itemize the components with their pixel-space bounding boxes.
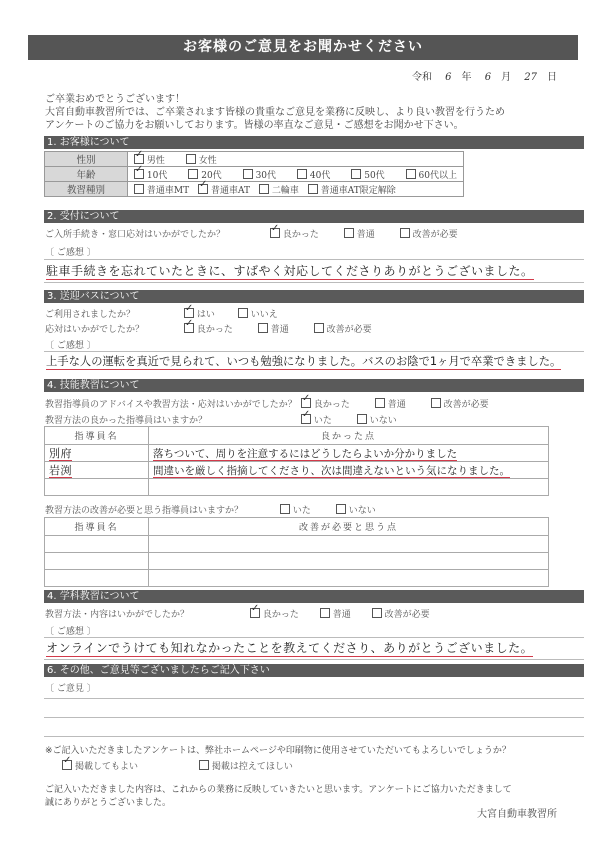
consent-allow-option[interactable]: 掲載してもよい — [62, 759, 138, 772]
table-row — [45, 479, 549, 496]
good-instructor-row: 教習方法の良かった指導員はいますか？ いた いない — [45, 413, 415, 426]
section-5-header: 4. 学科教習について — [44, 590, 584, 603]
instructor-name-empty[interactable] — [45, 553, 149, 570]
date-day[interactable]: 27 — [524, 72, 537, 83]
lecture-normal-option[interactable]: 普通 — [320, 607, 351, 620]
good-instructor-no-option[interactable]: いない — [357, 413, 397, 426]
checkbox-checked-icon[interactable] — [301, 398, 311, 408]
gender-label: 性別 — [45, 152, 128, 167]
section-6-header: 6. その他、ご意見等ございましたらご記入下さい — [44, 664, 584, 677]
checkbox-icon[interactable] — [336, 504, 346, 514]
age-60plus-option[interactable]: 60代以上 — [406, 168, 457, 181]
reception-good-option[interactable]: 良かった — [270, 227, 319, 240]
instructor-name[interactable]: 岩渕 — [49, 464, 72, 478]
divider — [44, 282, 584, 283]
good-point[interactable]: 落ちついて、周りを注意するにはどうしたらよいか分かりました — [153, 448, 457, 461]
intro-line: ご卒業おめでとうございます！ — [45, 93, 505, 106]
other-comment-line[interactable] — [44, 736, 584, 737]
reception-question: ご入所手続き・窓口応対はいかがでしたか？ — [45, 227, 267, 240]
consent-options: 掲載してもよい 掲載は控えてほしい — [62, 759, 311, 772]
advice-needs-improvement-option[interactable]: 改善が必要 — [431, 397, 489, 410]
instructor-advice-row: 教習指導員のアドバイスや教習方法・応対はいかがでしたか？ 良かった 普通 改善が… — [45, 397, 507, 410]
section-3-header: 3. 送迎バスについて — [44, 290, 584, 303]
other-comment-line[interactable] — [44, 698, 584, 699]
checkbox-icon[interactable] — [243, 169, 253, 179]
section-1-header: 1. お客様について — [44, 136, 584, 149]
divider — [44, 259, 584, 260]
divider — [44, 637, 584, 638]
bus-good-option[interactable]: 良かった — [184, 322, 233, 335]
bus-used-no-option[interactable]: いいえ — [238, 307, 278, 320]
checkbox-checked-icon[interactable] — [301, 414, 311, 424]
checkbox-icon[interactable] — [400, 228, 410, 238]
other-comment-line[interactable] — [44, 717, 584, 718]
age-40s-option[interactable]: 40代 — [297, 168, 330, 181]
age-30s-option[interactable]: 30代 — [243, 168, 276, 181]
instructor-name-empty[interactable] — [45, 570, 149, 587]
reception-comment-label: 〔 ご感想 〕 — [45, 245, 96, 258]
checkbox-icon[interactable] — [280, 504, 290, 514]
divider — [44, 351, 584, 352]
checkbox-icon[interactable] — [238, 308, 248, 318]
table-row — [45, 553, 549, 570]
age-50s-option[interactable]: 50代 — [351, 168, 384, 181]
reception-question-row: ご入所手続き・窓口応対はいかがでしたか？ 良かった 普通 改善が必要 — [45, 227, 476, 240]
thanks-line: ご記入いただきました内容は、これからの業務に反映していきたいと思います。アンケー… — [45, 784, 512, 797]
improvement-point-empty[interactable] — [149, 570, 549, 587]
improve-instructor-table: 指導員名 改善が必要と思う点 — [44, 517, 549, 587]
good-point[interactable]: 間違いを厳しく指摘してくださり、次は間違えないという気になりました。 — [153, 465, 510, 478]
checkbox-icon[interactable] — [344, 228, 354, 238]
instructor-name-empty[interactable] — [45, 479, 149, 496]
thanks-line: 誠にありがとうございました。 — [45, 797, 512, 810]
date-month-unit: 月 — [501, 72, 511, 83]
checkbox-icon[interactable] — [188, 169, 198, 179]
column-header-improvement-points: 改善が必要と思う点 — [149, 518, 549, 536]
table-row — [45, 536, 549, 553]
column-header-instructor: 指導員名 — [45, 427, 149, 445]
date-day-unit: 日 — [547, 72, 557, 83]
checkbox-checked-icon[interactable] — [184, 308, 194, 318]
checkbox-icon[interactable] — [357, 414, 367, 424]
checkbox-icon[interactable] — [199, 760, 209, 770]
good-point-empty[interactable] — [149, 479, 549, 496]
intro-line: 大宮自動車教習所では、ご卒業されます皆様の貴重なご意見を業務に反映し、より良い教… — [45, 106, 505, 119]
date: 令和 6年 6月 27日 — [412, 68, 557, 83]
instructor-name[interactable]: 別府 — [49, 447, 72, 461]
improve-instructor-no-option[interactable]: いない — [336, 503, 376, 516]
checkbox-checked-icon[interactable] — [134, 154, 144, 164]
lecture-question: 教習方法・内容はいかがでしたか？ — [45, 607, 247, 620]
advice-normal-option[interactable]: 普通 — [375, 397, 406, 410]
checkbox-icon[interactable] — [314, 323, 324, 333]
checkbox-checked-icon[interactable] — [198, 184, 208, 194]
good-instructor-yes-option[interactable]: いた — [301, 413, 332, 426]
date-era: 令和 — [412, 72, 432, 83]
section-4-header: 4. 技能教習について — [44, 379, 584, 392]
section-2-header: 2. 受付について — [44, 210, 584, 223]
date-month[interactable]: 6 — [485, 72, 491, 83]
course-type-row: 教習種別 普通車MT 普通車AT 二輪車 普通車AT限定解除 — [45, 182, 464, 197]
improvement-point-empty[interactable] — [149, 536, 549, 553]
checkbox-icon[interactable] — [375, 398, 385, 408]
signature: 大宮自動車教習所 — [477, 808, 557, 821]
thanks-text: ご記入いただきました内容は、これからの業務に反映していきたいと思います。アンケー… — [45, 784, 512, 810]
good-instructor-table: 指導員名 良かった点 別府 落ちついて、周りを注意するにはどうしたらよいか分かり… — [44, 426, 549, 496]
table-row: 別府 落ちついて、周りを注意するにはどうしたらよいか分かりました — [45, 445, 549, 462]
lecture-comment[interactable]: オンラインでうけても知れなかったことを教えてくださり、ありがとうございました。 — [46, 639, 533, 657]
reception-needs-improvement-option[interactable]: 改善が必要 — [400, 227, 458, 240]
divider — [44, 659, 584, 660]
bus-used-row: ご利用されましたか？ はい いいえ — [45, 307, 296, 320]
column-header-good-points: 良かった点 — [149, 427, 549, 445]
date-year[interactable]: 6 — [445, 72, 451, 83]
bus-used-question: ご利用されましたか？ — [45, 307, 181, 320]
checkbox-icon[interactable] — [351, 169, 361, 179]
bus-normal-option[interactable]: 普通 — [258, 322, 289, 335]
improvement-point-empty[interactable] — [149, 553, 549, 570]
course-type-label: 教習種別 — [45, 182, 128, 197]
checkbox-icon[interactable] — [308, 184, 318, 194]
good-instructor-question: 教習方法の良かった指導員はいますか？ — [45, 413, 298, 426]
intro-line: アンケートのご協力をお願いしております。皆様の率直なご意見・ご感想をお聞かせ下さ… — [45, 119, 505, 132]
bus-comment[interactable]: 上手な人の運転を真近で見られて、いつも勉強になりました。バスのお陰で1ヶ月で卒業… — [46, 353, 561, 370]
checkbox-icon[interactable] — [186, 154, 196, 164]
customer-info-table: 性別 男性 女性 年齢 10代 20代 30代 40代 50代 60代以上 教習… — [44, 151, 464, 197]
checkbox-checked-icon[interactable] — [134, 169, 144, 179]
instructor-advice-question: 教習指導員のアドバイスや教習方法・応対はいかがでしたか？ — [45, 397, 298, 410]
bus-comment-label: 〔 ご感想 〕 — [45, 338, 96, 351]
improve-instructor-row: 教習方法の改善が必要と思う指導員はいますか？ いた いない — [45, 503, 394, 516]
checkbox-checked-icon[interactable] — [184, 323, 194, 333]
checkbox-icon[interactable] — [259, 184, 269, 194]
course-at-limit-release-option[interactable]: 普通車AT限定解除 — [308, 183, 396, 196]
improve-instructor-yes-option[interactable]: いた — [280, 503, 311, 516]
form-title: お客様のご意見をお聞かせください — [28, 35, 578, 60]
bus-service-question: 応対はいかがでしたか？ — [45, 322, 181, 335]
date-year-unit: 年 — [462, 72, 472, 83]
checkbox-icon[interactable] — [297, 169, 307, 179]
improve-instructor-question: 教習方法の改善が必要と思う指導員はいますか？ — [45, 503, 277, 516]
instructor-name-empty[interactable] — [45, 536, 149, 553]
checkbox-icon[interactable] — [320, 608, 330, 618]
checkbox-icon[interactable] — [134, 184, 144, 194]
lecture-question-row: 教習方法・内容はいかがでしたか？ 良かった 普通 改善が必要 — [45, 607, 448, 620]
age-10s-option[interactable]: 10代 — [134, 168, 167, 181]
consent-decline-option[interactable]: 掲載は控えてほしい — [199, 759, 293, 772]
checkbox-checked-icon[interactable] — [250, 608, 260, 618]
reception-comment[interactable]: 駐車手続きを忘れていたときに、すばやく対応してくださりありがとうございました。 — [46, 262, 534, 280]
intro-text: ご卒業おめでとうございます！ 大宮自動車教習所では、ご卒業されます皆様の貴重なご… — [45, 93, 505, 132]
column-header-instructor: 指導員名 — [45, 518, 149, 536]
gender-female-option[interactable]: 女性 — [186, 153, 217, 166]
table-row — [45, 570, 549, 587]
lecture-comment-label: 〔 ご感想 〕 — [45, 624, 96, 637]
age-row: 年齢 10代 20代 30代 40代 50代 60代以上 — [45, 167, 464, 182]
course-mt-option[interactable]: 普通車MT — [134, 183, 189, 196]
lecture-needs-improvement-option[interactable]: 改善が必要 — [372, 607, 430, 620]
reception-normal-option[interactable]: 普通 — [344, 227, 375, 240]
bus-service-row: 応対はいかがでしたか？ 良かった 普通 改善が必要 — [45, 322, 390, 335]
table-row: 岩渕 間違いを厳しく指摘してくださり、次は間違えないという気になりました。 — [45, 462, 549, 479]
checkbox-checked-icon[interactable] — [62, 760, 72, 770]
course-motorcycle-option[interactable]: 二輪車 — [259, 183, 299, 196]
checkbox-icon[interactable] — [258, 323, 268, 333]
course-at-option[interactable]: 普通車AT — [198, 183, 250, 196]
age-label: 年齢 — [45, 167, 128, 182]
bus-needs-improvement-option[interactable]: 改善が必要 — [314, 322, 372, 335]
checkbox-icon[interactable] — [406, 169, 416, 179]
checkbox-checked-icon[interactable] — [270, 228, 280, 238]
checkbox-icon[interactable] — [372, 608, 382, 618]
gender-row: 性別 男性 女性 — [45, 152, 464, 167]
consent-question: ※ご記入いただきましたアンケートは、弊社ホームページや印刷物に使用させていただい… — [45, 745, 511, 758]
lecture-good-option[interactable]: 良かった — [250, 607, 299, 620]
other-comment-label: 〔 ご意見 〕 — [45, 681, 96, 694]
checkbox-icon[interactable] — [431, 398, 441, 408]
